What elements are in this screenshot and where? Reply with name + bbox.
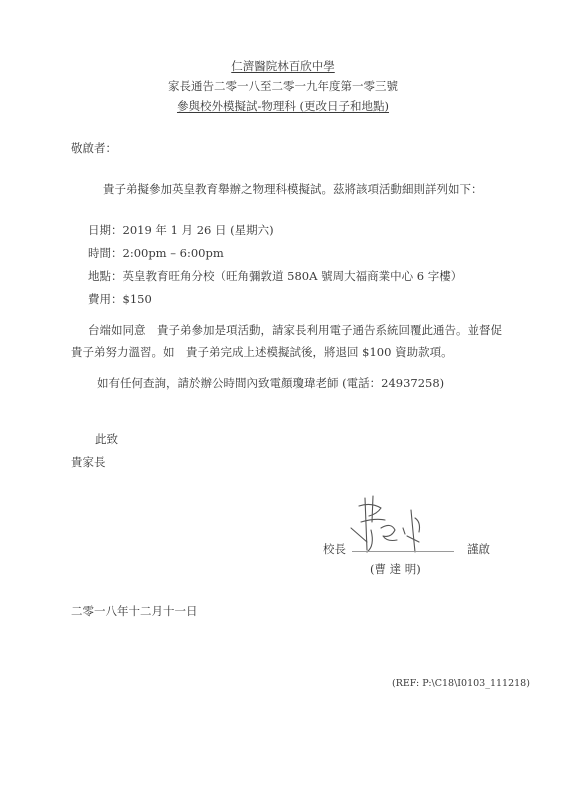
detail-value: 英皇教育旺角分校（旺角彌敦道 580A 號周大福商業中心 6 字樓） (123, 269, 463, 283)
reference-code: (REF: P:\C18\I0103_111218) (392, 678, 530, 689)
detail-label: 時間： (88, 246, 123, 260)
notice-date: 二零一八年十二月十一日 (71, 603, 198, 619)
detail-fee: 費用：$150 (88, 291, 152, 307)
detail-label: 地點： (88, 269, 123, 283)
principal-title: 校長 (323, 541, 346, 557)
addressee: 貴家長 (71, 454, 106, 470)
detail-venue: 地點：英皇教育旺角分校（旺角彌敦道 580A 號周大福商業中心 6 字樓） (88, 268, 462, 284)
detail-date: 日期：2019 年 1 月 26 日 (星期六) (88, 222, 274, 238)
signature-suffix: 謹啟 (467, 541, 490, 557)
detail-value: $150 (123, 292, 152, 306)
salutation: 敬啟者： (71, 140, 117, 156)
principal-name: (曹 達 明) (370, 561, 421, 577)
intro-paragraph: 貴子弟擬參加英皇教育舉辦之物理科模擬試。茲將該項活動細則詳列如下： (103, 181, 483, 197)
detail-label: 費用： (88, 292, 123, 306)
detail-label: 日期： (88, 223, 123, 237)
detail-value: 2019 年 1 月 26 日 (星期六) (123, 223, 274, 237)
consent-paragraph-line1: 台端如同意 貴子弟參加是項活動，請家長利用電子通告系統回覆此通告。並督促 (88, 322, 502, 338)
notice-subject: 參與校外模擬試-物理科 (更改日子和地點) (0, 98, 566, 114)
school-name: 仁濟醫院林百欣中學 (0, 58, 566, 74)
closing-line: 此致 (95, 431, 118, 447)
notice-number: 家長通告二零一八至二零一九年度第一零三號 (0, 78, 566, 94)
enquiry-paragraph: 如有任何查詢，請於辦公時間內致電顏瓊瑋老師 (電話：24937258) (97, 375, 444, 391)
consent-paragraph-line2: 貴子弟努力溫習。如 貴子弟完成上述模擬試後，將退回 $100 資助款項。 (71, 344, 453, 360)
handwritten-signature (345, 492, 455, 556)
detail-time: 時間：2:00pm – 6:00pm (88, 245, 224, 261)
signature-line (352, 551, 454, 552)
detail-value: 2:00pm – 6:00pm (123, 246, 224, 260)
